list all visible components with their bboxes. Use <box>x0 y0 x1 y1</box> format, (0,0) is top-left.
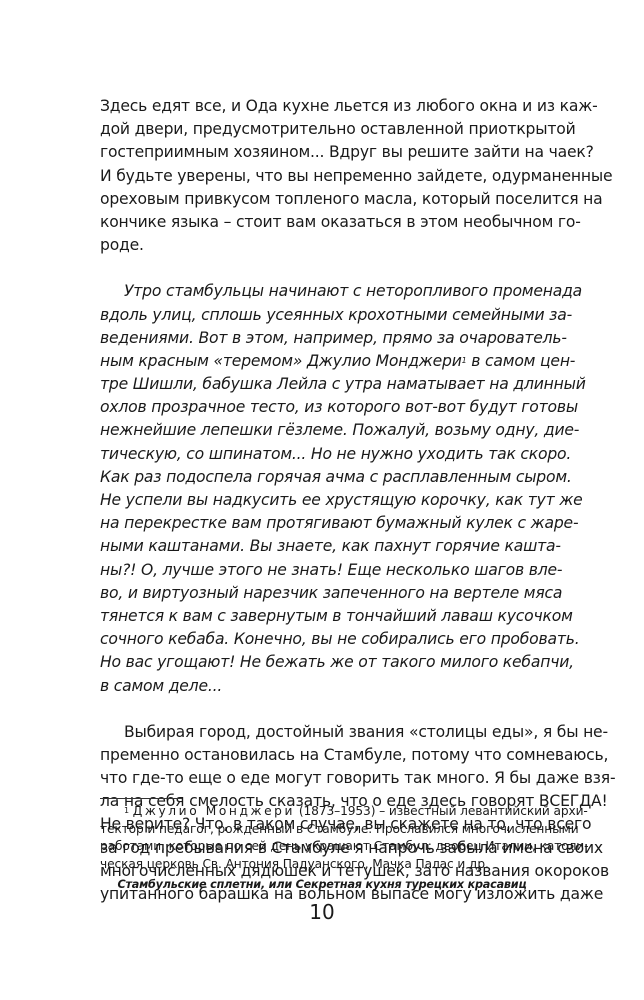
text-line: вдоль улиц, сплошь усеянных крохотными с… <box>100 304 546 327</box>
footnote-line: тектор и педагог, рожденный в Стамбуле. … <box>100 821 546 839</box>
footnote-name: Джулио Монджери <box>133 804 295 818</box>
text-segment: ным красным «теремом» Джулио Монджери <box>100 352 462 370</box>
page-body: Здесь едят все, и Ода кухне льется из лю… <box>100 95 546 906</box>
text-line: в самом деле... <box>100 675 546 698</box>
text-line: Здесь едят все, и Ода кухне льется из лю… <box>100 95 546 118</box>
text-line: Но вас угощают! Не бежать же от такого м… <box>100 651 546 674</box>
text-line: Утро стамбульцы начинают с неторопливого… <box>100 280 546 303</box>
text-line: И будьте уверены, что вы непременно зайд… <box>100 165 546 188</box>
text-line: тянется к вам с завернутым в тончайший л… <box>100 605 546 628</box>
text-line: тическую, со шпинатом... Но не нужно ухо… <box>100 443 546 466</box>
text-segment: в самом цен- <box>467 352 576 370</box>
text-line: во, и виртуозный нарезчик запеченного на… <box>100 582 546 605</box>
footnote-line: 1 Джулио Монджери (1873–1953) – известны… <box>100 803 546 821</box>
text-line: на перекрестке вам протягивают бумажный … <box>100 512 546 535</box>
footnote-ref-link[interactable]: 1 <box>462 356 467 365</box>
footnote-number: 1 <box>124 806 129 815</box>
text-line: ореховым привкусом топленого масла, кото… <box>100 188 546 211</box>
text-line: дой двери, предусмотрительно оставленной… <box>100 118 546 141</box>
text-line: Выбирая город, достойный звания «столицы… <box>100 721 546 744</box>
paragraph-gap <box>100 257 546 280</box>
running-title: Стамбульские сплетни, или Секретная кухн… <box>0 878 644 891</box>
text-line: нежнейшие лепешки гёзлеме. Пожалуй, возь… <box>100 419 546 442</box>
text-line: кончике языка – стоит вам оказаться в эт… <box>100 211 546 234</box>
text-line: Как раз подоспела горячая ачма с расплав… <box>100 466 546 489</box>
paragraph-2: Утро стамбульцы начинают с неторопливого… <box>100 280 546 697</box>
text-line: Не успели вы надкусить ее хрустящую коро… <box>100 489 546 512</box>
footnote-line: ческая церковь Св. Антония Падуанского, … <box>100 856 546 874</box>
text-line-with-footnote-ref: ным красным «теремом» Джулио Монджери1 в… <box>100 350 546 373</box>
text-line: ведениями. Вот в этом, например, прямо з… <box>100 327 546 350</box>
text-segment: (1873–1953) – известный левантийский арх… <box>295 804 588 818</box>
text-line: пременно остановилась на Стамбуле, потом… <box>100 744 546 767</box>
text-line: что где-то еще о еде могут говорить так … <box>100 767 546 790</box>
paragraph-gap <box>100 698 546 721</box>
text-line: тре Шишли, бабушка Лейла с утра наматыва… <box>100 373 546 396</box>
footnote-line: работами, которые по сей день украшают С… <box>100 838 546 856</box>
paragraph-1: Здесь едят все, и Ода кухне льется из лю… <box>100 95 546 257</box>
page-number: 10 <box>0 900 644 924</box>
text-line: охлов прозрачное тесто, из которого вот-… <box>100 396 546 419</box>
text-line: ны?! О, лучше этого не знать! Еще нескол… <box>100 559 546 582</box>
text-line: гостеприимным хозяином... Вдруг вы решит… <box>100 141 546 164</box>
text-line: роде. <box>100 234 546 257</box>
text-line: ными каштанами. Вы знаете, как пахнут го… <box>100 535 546 558</box>
footnote: 1 Джулио Монджери (1873–1953) – известны… <box>100 803 546 873</box>
footnote-divider <box>100 798 182 799</box>
text-line: сочного кебаба. Конечно, вы не собиралис… <box>100 628 546 651</box>
